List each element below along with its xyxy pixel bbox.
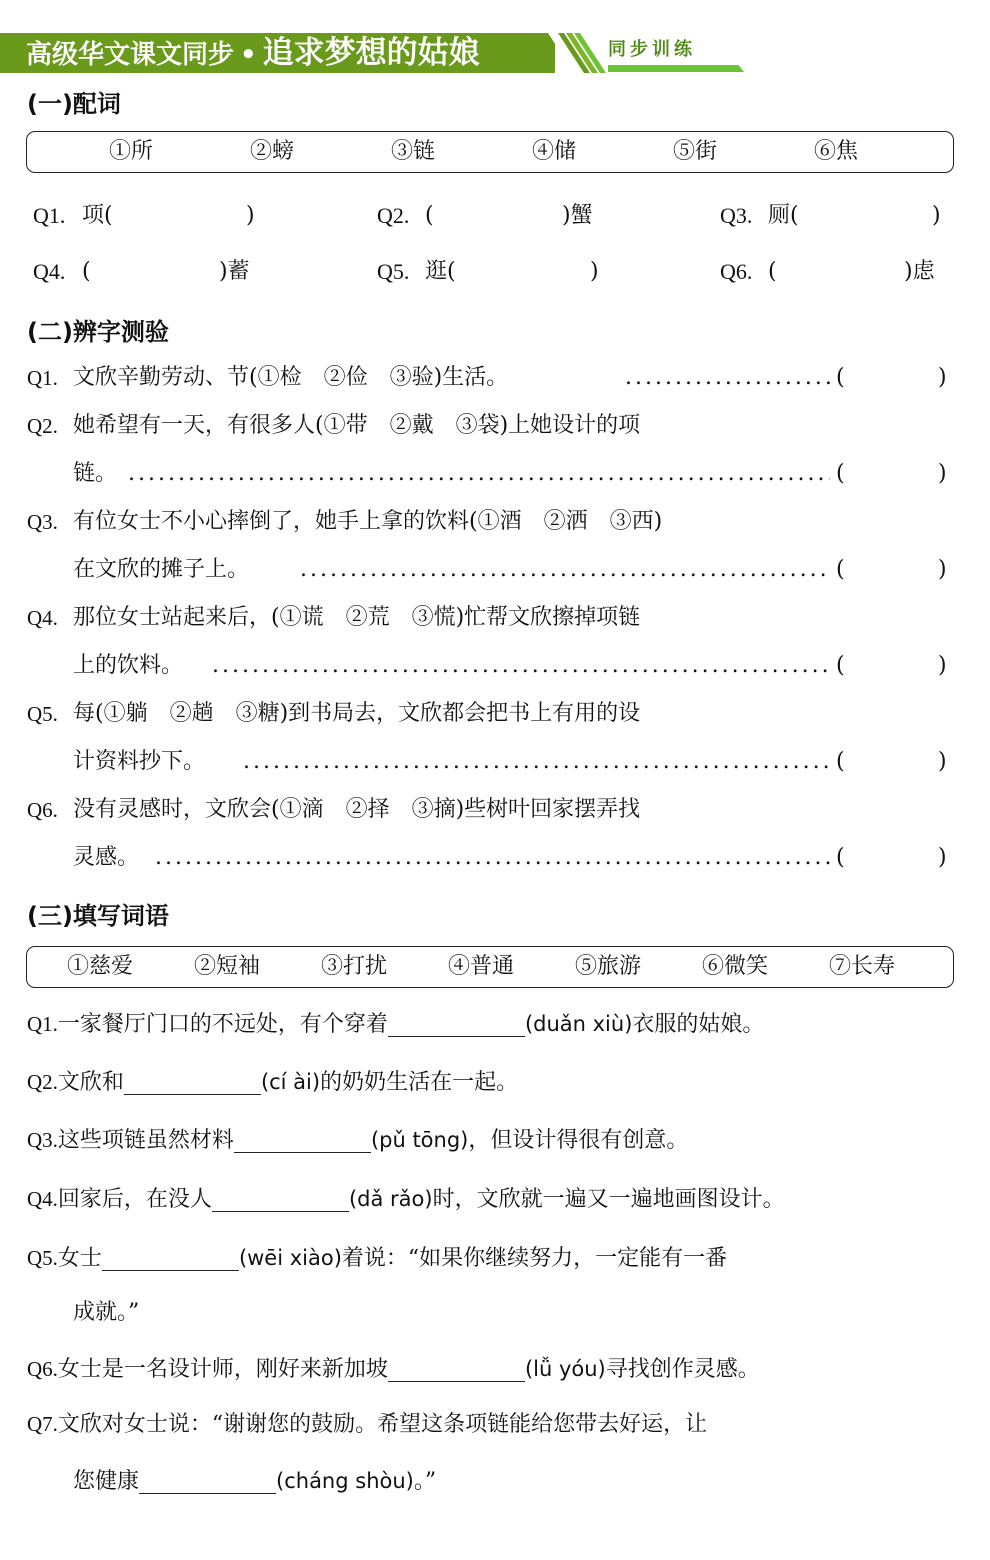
pinyin-hint: (pǔ tōng)	[371, 1128, 468, 1152]
word-bank-item: ⑥焦	[814, 132, 858, 172]
fill-question: Q3.这些项链虽然材料(pǔ tōng)，但设计得很有创意。	[27, 1124, 688, 1157]
fill-question-continuation: 成就。”	[73, 1297, 139, 1329]
answer-blank[interactable]	[783, 256, 903, 288]
section-title-fill-words: (三)填写词语	[27, 900, 169, 932]
fill-question: Q2.文欣和(cí ài)的奶奶生活在一起。	[27, 1066, 518, 1099]
answer-blank[interactable]	[388, 1010, 525, 1037]
answer-blank[interactable]	[139, 1467, 276, 1494]
section-tag: 同步训练	[608, 37, 696, 63]
fill-question-continuation: 您健康(cháng shòu)。”	[73, 1465, 436, 1498]
header-title: 高级华文课文同步•追求梦想的姑娘	[26, 33, 480, 73]
dot-leader: ........................................…	[128, 458, 830, 490]
answer-blank[interactable]	[465, 256, 585, 288]
tag-underline	[608, 65, 744, 72]
word-bank-item: ①所	[109, 132, 153, 172]
dot-leader: ........................................…	[243, 746, 830, 778]
word-bank-item: ③链	[391, 132, 435, 172]
answer-blank[interactable]	[97, 256, 217, 288]
fill-question: Q6.女士是一名设计师，刚好来新加坡(lǚ yóu)寻找创作灵感。	[27, 1353, 760, 1386]
answer-blank[interactable]	[852, 458, 936, 490]
word-bank-item: ②短袖	[194, 947, 260, 987]
pinyin-hint: (dǎ rǎo)	[349, 1187, 433, 1211]
dot-leader: ........................................…	[300, 554, 830, 586]
answer-blank[interactable]	[852, 650, 936, 682]
word-bank-item: ④普通	[448, 947, 514, 987]
lesson-title: 追求梦想的姑娘	[263, 35, 480, 71]
fill-question: Q5.女士(wēi xiào)着说：“如果你继续努力，一定能有一番	[27, 1242, 727, 1275]
dot-leader: ....................................	[625, 362, 830, 394]
pinyin-hint: (cí ài)	[261, 1070, 320, 1094]
series-name: 高级华文课文同步	[26, 40, 234, 70]
answer-blank[interactable]	[234, 1126, 371, 1153]
answer-blank[interactable]	[852, 362, 936, 394]
pinyin-hint: (lǚ yóu)	[525, 1357, 606, 1381]
word-bank-item: ⑥微笑	[702, 947, 768, 987]
word-bank-3: ①慈爱 ②短袖 ③打扰 ④普通 ⑤旅游 ⑥微笑 ⑦长寿	[26, 946, 954, 988]
word-bank-item: ⑤旅游	[575, 947, 641, 987]
word-bank-item: ③打扰	[321, 947, 387, 987]
fill-question: Q1.一家餐厅门口的不远处，有个穿着(duǎn xiù)衣服的姑娘。	[27, 1008, 764, 1041]
page-header: 高级华文课文同步•追求梦想的姑娘 同步训练	[0, 33, 760, 73]
answer-blank[interactable]	[120, 200, 250, 232]
answer-blank[interactable]	[852, 746, 936, 778]
answer-blank[interactable]	[440, 200, 560, 232]
word-bank-item: ④储	[532, 132, 576, 172]
answer-blank[interactable]	[852, 554, 936, 586]
word-bank-item: ①慈爱	[67, 947, 133, 987]
pinyin-hint: (duǎn xiù)	[525, 1012, 632, 1036]
answer-blank[interactable]	[212, 1185, 349, 1212]
answer-blank[interactable]	[388, 1355, 525, 1382]
answer-blank[interactable]	[124, 1068, 261, 1095]
section-title-matching: (一)配词	[27, 88, 121, 120]
word-bank-item: ②螃	[250, 132, 294, 172]
dot-leader: ........................................…	[212, 650, 830, 682]
word-bank-1: ①所 ②螃 ③链 ④储 ⑤街 ⑥焦	[26, 131, 954, 173]
answer-blank[interactable]	[810, 200, 930, 232]
title-separator: •	[240, 40, 257, 70]
fill-question: Q7.文欣对女士说：“谢谢您的鼓励。希望这条项链能给您带去好运，让	[27, 1408, 707, 1441]
answer-blank[interactable]	[102, 1244, 239, 1271]
section-title-character-test: (二)辨字测验	[27, 316, 169, 348]
word-bank-item: ⑦长寿	[829, 947, 895, 987]
pinyin-hint: (wēi xiào)	[239, 1246, 342, 1270]
answer-blank[interactable]	[852, 842, 936, 874]
pinyin-hint: (cháng shòu)	[276, 1469, 414, 1493]
word-bank-item: ⑤街	[673, 132, 717, 172]
dot-leader: ........................................…	[155, 842, 830, 874]
fill-question: Q4.回家后，在没人(dǎ rǎo)时，文欣就一遍又一遍地画图设计。	[27, 1183, 785, 1216]
